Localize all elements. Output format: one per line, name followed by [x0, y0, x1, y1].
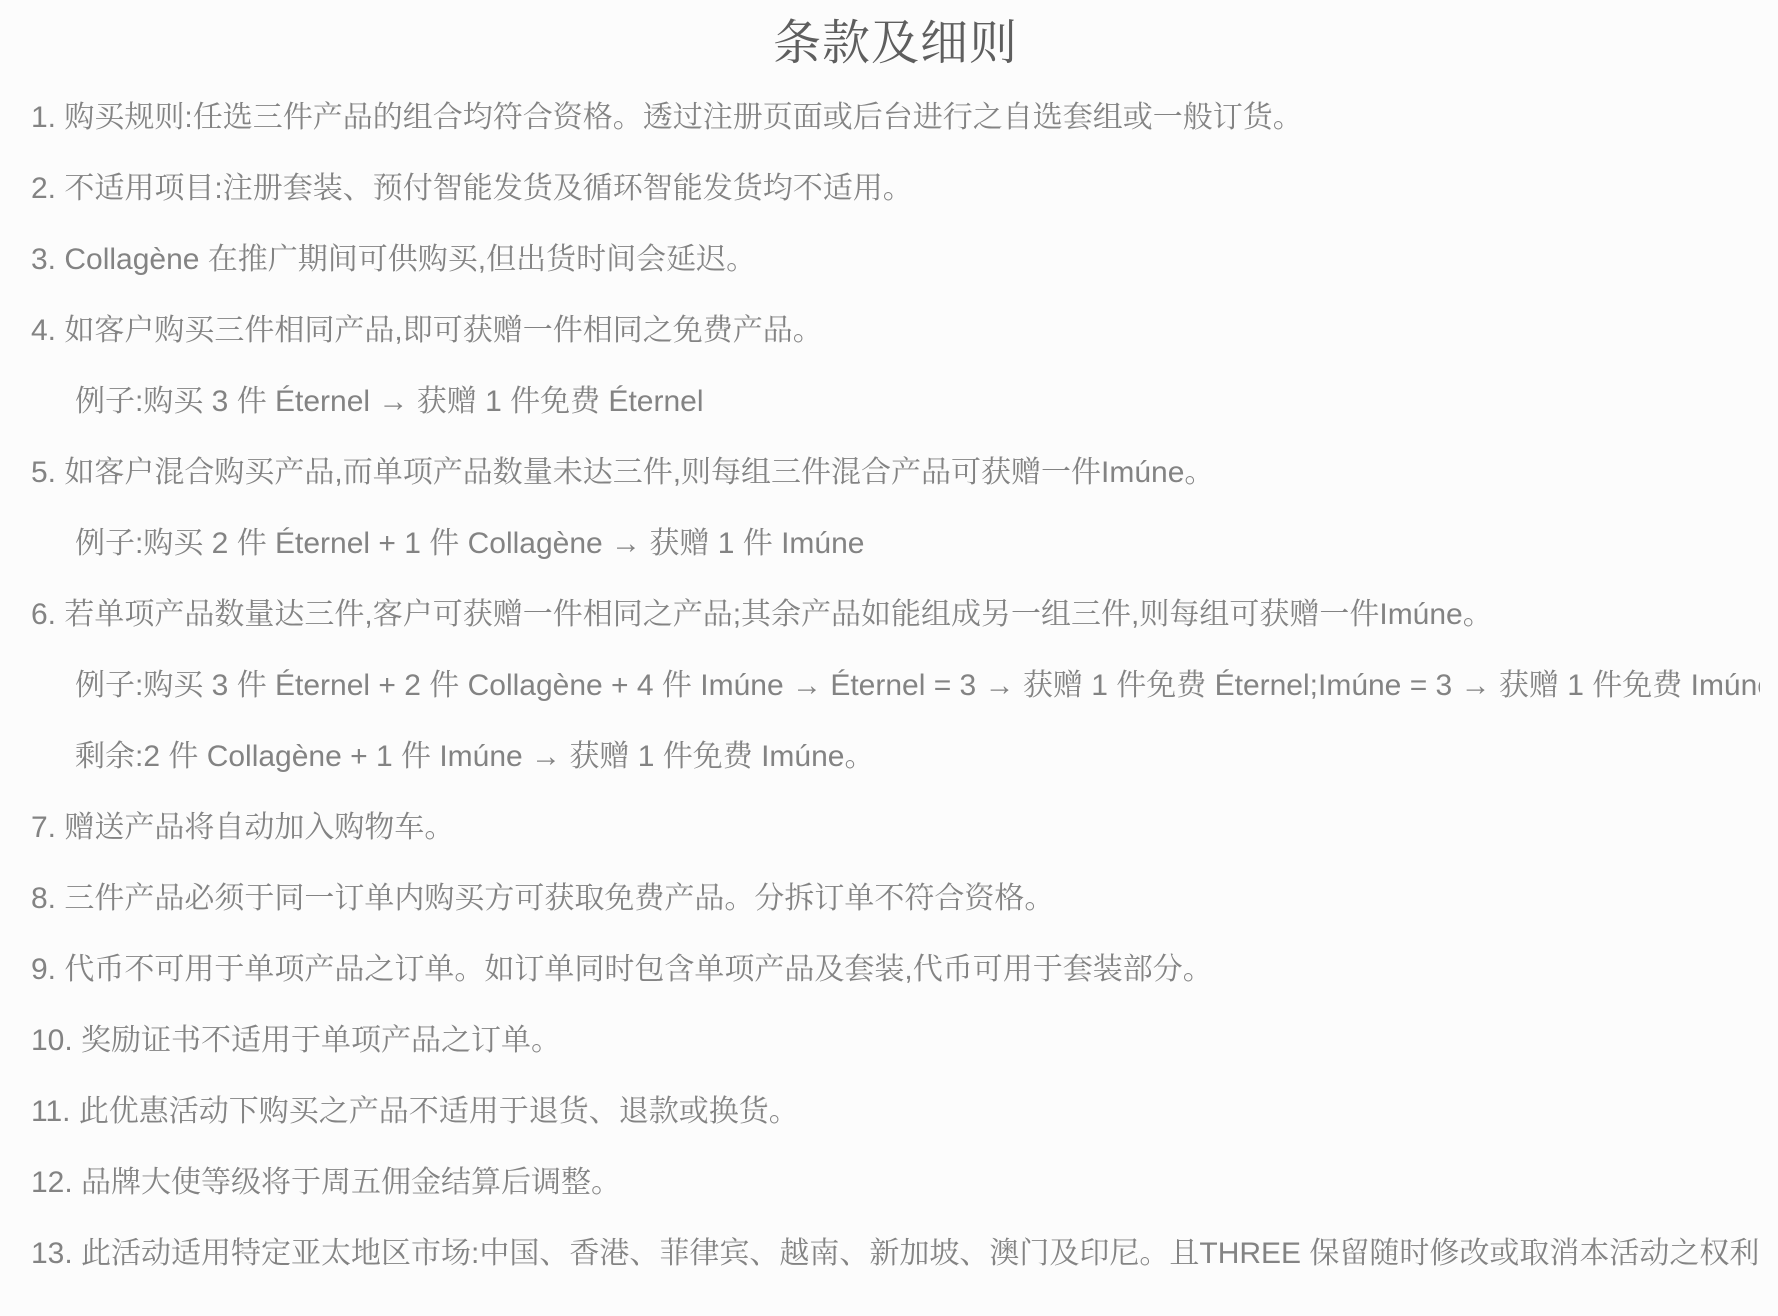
term-item-6: 6. 若单项产品数量达三件,客户可获赠一件相同之产品;其余产品如能组成另一组三件… — [31, 579, 1760, 650]
term-item-5: 5. 如客户混合购买产品,而单项产品数量未达三件,则每组三件混合产品可获赠一件I… — [31, 437, 1760, 508]
term-item-10: 10. 奖励证书不适用于单项产品之订单。 — [31, 1005, 1760, 1076]
term-item-3: 3. Collagène 在推广期间可供购买,但出货时间会延迟。 — [31, 224, 1760, 295]
term-item-8: 8. 三件产品必须于同一订单内购买方可获取免费产品。分拆订单不符合资格。 — [31, 863, 1760, 934]
terms-list: 1. 购买规则:任选三件产品的组合均符合资格。透过注册页面或后台进行之自选套组或… — [31, 82, 1760, 1289]
page-title: 条款及细则 — [31, 10, 1760, 78]
term-item-4-example: 例子:购买 3 件 Éternel → 获赠 1 件免费 Éternel — [31, 366, 1760, 437]
term-item-7: 7. 赠送产品将自动加入购物车。 — [31, 792, 1760, 863]
term-item-6-example-2: 剩余:2 件 Collagène + 1 件 Imúne → 获赠 1 件免费 … — [31, 721, 1760, 792]
term-item-12: 12. 品牌大使等级将于周五佣金结算后调整。 — [31, 1147, 1760, 1218]
term-item-9: 9. 代币不可用于单项产品之订单。如订单同时包含单项产品及套装,代币可用于套装部… — [31, 934, 1760, 1005]
term-item-4: 4. 如客户购买三件相同产品,即可获赠一件相同之免费产品。 — [31, 295, 1760, 366]
term-item-1: 1. 购买规则:任选三件产品的组合均符合资格。透过注册页面或后台进行之自选套组或… — [31, 82, 1760, 153]
terms-document: 条款及细则 1. 购买规则:任选三件产品的组合均符合资格。透过注册页面或后台进行… — [0, 0, 1778, 1289]
term-item-6-example-1: 例子:购买 3 件 Éternel + 2 件 Collagène + 4 件 … — [31, 650, 1760, 721]
term-item-2: 2. 不适用项目:注册套装、预付智能发货及循环智能发货均不适用。 — [31, 153, 1760, 224]
term-item-11: 11. 此优惠活动下购买之产品不适用于退货、退款或换货。 — [31, 1076, 1760, 1147]
term-item-5-example: 例子:购买 2 件 Éternel + 1 件 Collagène → 获赠 1… — [31, 508, 1760, 579]
term-item-13: 13. 此活动适用特定亚太地区市场:中国、香港、菲律宾、越南、新加坡、澳门及印尼… — [31, 1218, 1760, 1289]
